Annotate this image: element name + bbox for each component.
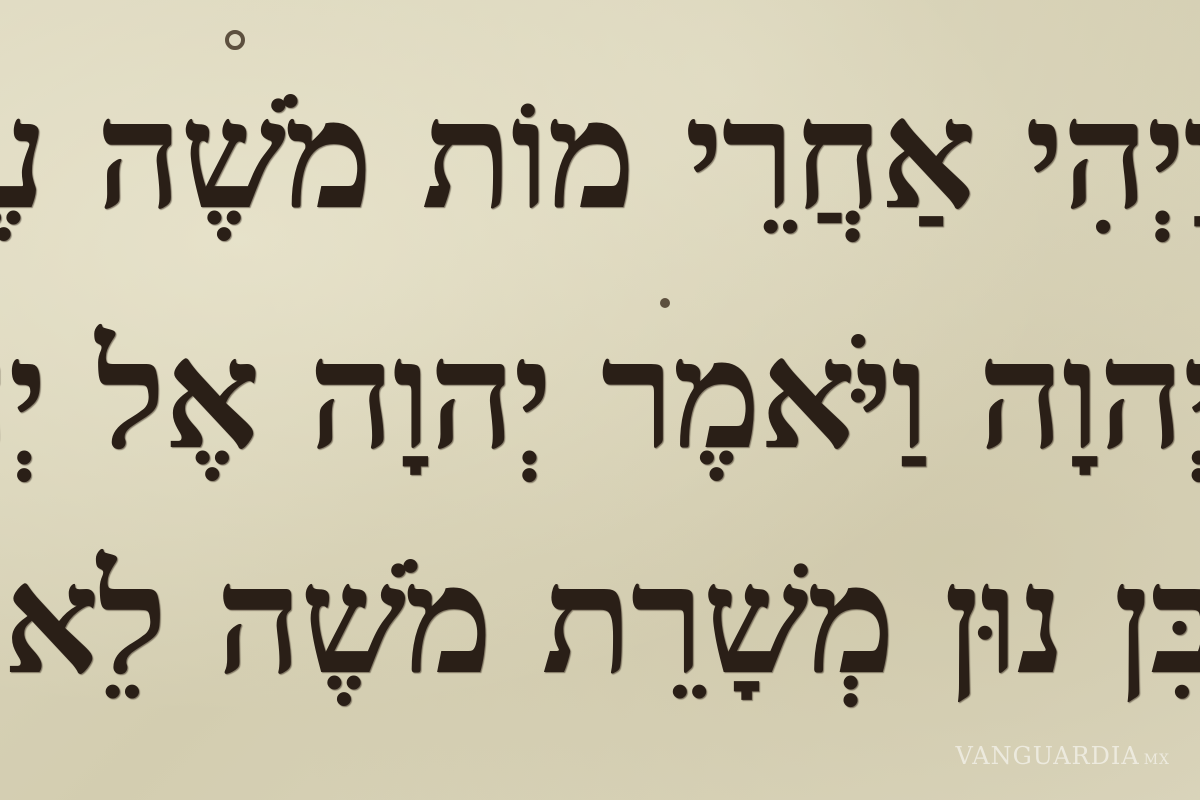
manuscript-line-1: וַיְהִי אַחֲרֵי מוֹת מֹשֶׁה עֶבֶד (0, 70, 1200, 240)
manuscript-line-3: בִּן נוּן מְשָׁרֵת מֹשֶׁה לֵאמֹר (0, 535, 1200, 705)
ink-spot (660, 298, 670, 308)
watermark-suffix: MX (1144, 752, 1170, 768)
ink-spot (225, 30, 245, 50)
watermark-text: VANGUARDIA (956, 742, 1140, 770)
watermark: VANGUARDIAMX (956, 742, 1170, 770)
manuscript-line-2: יְהוָה וַיֹּאמֶר יְהוָה אֶל יְהוֹשֻׁעַ (0, 310, 1200, 480)
manuscript-photo: וַיְהִי אַחֲרֵי מוֹת מֹשֶׁה עֶבֶד יְהוָה… (0, 0, 1200, 800)
